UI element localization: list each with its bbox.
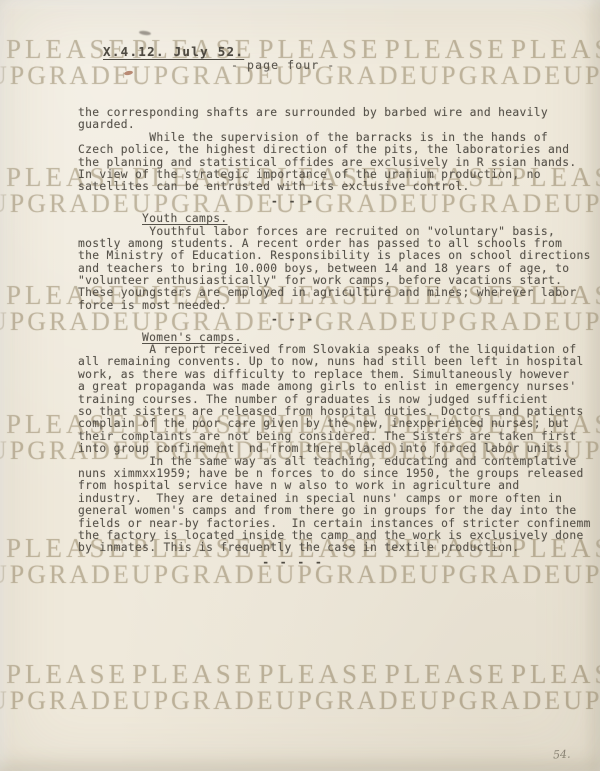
- watermark-word: UPGRADE: [419, 61, 563, 91]
- watermark-word: UPGRADE: [563, 61, 600, 91]
- document-line: These youngsters are employed in agricul…: [78, 287, 594, 299]
- document-line: into group confinement nd from there pla…: [78, 443, 594, 455]
- document-reference: X.4.12. July 52.: [103, 44, 244, 59]
- watermark-row-please: PLEASEPLEASEPLEASEPLEASEPLEASE: [6, 659, 600, 690]
- document-line: Czech police, the highest direction of t…: [78, 144, 594, 156]
- watermark-word: PLEASE: [6, 659, 129, 690]
- document-body: the corresponding shafts are surrounded …: [78, 107, 594, 570]
- document-line: from hospital service have n w also to w…: [78, 480, 594, 492]
- watermark-word: PLEASE: [511, 34, 600, 65]
- watermark-word: PLEASE: [385, 659, 508, 690]
- document-line: satellites can be entrusted with its exc…: [78, 181, 594, 193]
- section-divider: - - -: [78, 314, 508, 326]
- document-line: general women's camps and from there go …: [78, 505, 594, 517]
- watermark-word: PLEASE: [385, 34, 508, 65]
- ink-smudge: [139, 30, 151, 36]
- section-heading: Youth camps.: [78, 213, 594, 225]
- document-line: the Ministry of Education. Responsibilit…: [78, 250, 594, 262]
- watermark-word: UPGRADE: [0, 61, 132, 91]
- document-line: complain of the poor care given by the n…: [78, 418, 594, 430]
- section-divider: - - - -: [78, 557, 508, 569]
- red-speck: [124, 70, 134, 76]
- document-line: force is most needed.: [78, 300, 594, 312]
- document-line: all remaining convents. Up to now, nuns …: [78, 356, 594, 368]
- page-label: - page four -: [231, 58, 335, 72]
- document-line: the corresponding shafts are surrounded …: [78, 107, 594, 119]
- document-line: by inmates. This is frequently the case …: [78, 542, 594, 554]
- document-line: a great propaganda was made among girls …: [78, 381, 594, 393]
- scanned-document-page: PLEASEPLEASEPLEASEPLEASEPLEASEUPGRADEUPG…: [0, 0, 600, 771]
- watermark-word: UPGRADE: [276, 686, 420, 716]
- watermark-word: UPGRADE: [419, 686, 563, 716]
- document-line: guarded.: [78, 119, 594, 131]
- section-divider: - - -: [78, 196, 508, 208]
- watermark-row-upgrade: UPGRADEUPGRADEUPGRADEUPGRADEUPGRADE: [0, 686, 600, 716]
- watermark-word: PLEASE: [258, 659, 381, 690]
- watermark-word: UPGRADE: [0, 686, 132, 716]
- watermark-word: PLEASE: [511, 659, 600, 690]
- page-number-handwritten: 54.: [552, 748, 570, 762]
- watermark-word: UPGRADE: [132, 686, 276, 716]
- watermark-word: PLEASE: [132, 659, 255, 690]
- watermark-word: UPGRADE: [563, 686, 600, 716]
